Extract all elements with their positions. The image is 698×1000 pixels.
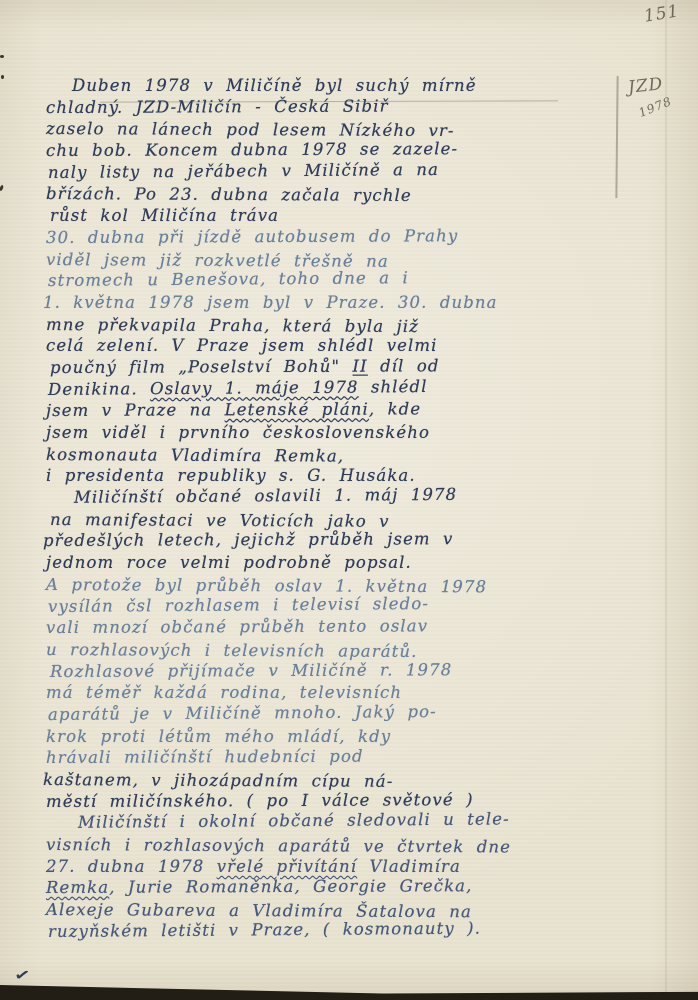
text-segment: kosmonauta Vladimíra Remka, xyxy=(46,445,344,466)
text-segment: kaštanem, v jihozápadním cípu ná- xyxy=(43,770,394,791)
text-segment: na manifestaci ve Voticích jako v xyxy=(50,510,390,531)
manuscript-line: stromech u Benešova, toho dne a i xyxy=(48,267,638,293)
photo-edge-shadow xyxy=(0,983,698,1000)
ink-speck xyxy=(1,75,4,79)
manuscript-line: celá zelení. V Praze jsem shlédl velmi xyxy=(46,336,636,358)
text-segment: Vladimíra xyxy=(357,857,461,876)
manuscript-line: břízách. Po 23. dubna začala rychle xyxy=(46,184,636,209)
text-segment: shlédl xyxy=(359,377,428,397)
text-segment: vali mnozí občané průběh tento oslav xyxy=(46,617,428,638)
text-segment: hrávali miličínští hudebníci pod xyxy=(46,747,364,767)
text-segment: celá zelení. V Praze jsem shlédl velmi xyxy=(46,336,438,355)
paper-crease xyxy=(665,0,667,1000)
text-segment: Rozhlasové přijímače v Miličíně r. 1978 xyxy=(50,660,452,681)
text-segment: aparátů je v Miličíně mnoho. Jaký po- xyxy=(48,702,437,724)
text-segment: poučný film „Poselství Bohů" xyxy=(50,357,353,377)
text-segment: Duben 1978 v Miličíně byl suchý mírně xyxy=(72,76,477,95)
manuscript-line: 30. dubna při jízdě autobusem do Prahy xyxy=(46,225,636,249)
text-segment: stromech u Benešova, toho dne a i xyxy=(48,268,409,290)
manuscript-line: kosmonauta Vladimíra Remka, xyxy=(46,445,636,470)
text-segment: 27. dubna 1978 xyxy=(46,857,217,876)
manuscript-line: vysílán čsl rozhlasem i televisí sledo- xyxy=(48,592,638,618)
page-number: 151 xyxy=(643,1,681,26)
underlined-phrase: Oslavy 1. máje 1978 xyxy=(150,377,359,398)
ink-checkmark: ✓ xyxy=(13,965,32,985)
manuscript-line: hrávali miličínští hudebníci pod xyxy=(46,746,636,770)
text-segment: mne překvapila Praha, která byla již xyxy=(46,315,419,336)
text-segment: 30. dubna při jízdě autobusem do Prahy xyxy=(46,226,458,247)
manuscript-line: aparátů je v Miličíně mnoho. Jaký po- xyxy=(48,700,638,726)
manuscript-line: jednom roce velmi podrobně popsal. xyxy=(46,553,636,575)
text-segment: chladný. JZD-Miličín - Česká Sibiř xyxy=(46,96,389,116)
manuscript-line: jsem v Praze na Letenské pláni, kde xyxy=(46,399,636,423)
manuscript-line: vali mnozí občané průběh tento oslav xyxy=(46,616,636,640)
underlined-phrase: vřelé přivítání xyxy=(217,857,357,876)
text-segment: zaselo na lánech pod lesem Nízkého vr- xyxy=(46,119,455,140)
manuscript-line: růst kol Miličína tráva xyxy=(50,206,636,228)
text-segment: 1. května 1978 jsem byl v Praze. 30. dub… xyxy=(43,293,498,312)
text-segment: jsem viděl i prvního československého xyxy=(46,423,430,442)
manuscript-line: Rozhlasové přijímače v Miličíně r. 1978 xyxy=(50,659,636,683)
text-segment: ruzyňském letišti v Praze, ( kosmonauty … xyxy=(48,918,481,940)
underlined-phrase: Letenské pláni xyxy=(225,400,369,420)
manuscript-page: 151 JZD 1978 Duben 1978 v Miličíně byl s… xyxy=(0,0,698,1000)
manuscript-line: Miličínští i okolní občané sledovali u t… xyxy=(52,809,638,835)
text-segment: městí miličínského. ( po I válce světové… xyxy=(46,790,474,811)
text-segment: jsem v Praze na xyxy=(46,401,225,421)
text-segment: má téměř každá rodina, televisních xyxy=(46,683,402,702)
text-segment: , kde xyxy=(369,400,421,419)
text-segment: naly listy na jeřábech v Miličíně a na xyxy=(48,160,439,182)
manuscript-line: Denikina. Oslavy 1. máje 1978 shlédl xyxy=(48,375,638,401)
text-segment: chu bob. Koncem dubna 1978 se zazele- xyxy=(46,139,458,160)
text-segment: krok proti létům mého mládí, kdy xyxy=(46,727,391,746)
manuscript-line: naly listy na jeřábech v Miličíně a na xyxy=(48,158,638,184)
text-segment: vysílán čsl rozhlasem i televisí sledo- xyxy=(48,593,429,615)
text-segment: díl od xyxy=(368,356,440,375)
manuscript-line: Miličínští občané oslavili 1. máj 1978 xyxy=(48,483,638,509)
text-segment: i presidenta republiky s. G. Husáka. xyxy=(46,466,416,485)
text-segment: předešlých letech, jejichž průběh jsem v xyxy=(43,530,454,551)
text-segment: růst kol Miličína tráva xyxy=(50,206,279,225)
manuscript-line: 1. května 1978 jsem byl v Praze. 30. dub… xyxy=(43,293,636,315)
text-segment: viděl jsem již rozkvetlé třešně na xyxy=(46,250,389,271)
margin-note-year: 1978 xyxy=(637,94,674,120)
ink-speck xyxy=(0,55,4,58)
manuscript-line: mne překvapila Praha, která byla již xyxy=(46,315,636,340)
text-segment: A protože byl průběh oslav 1. května 197… xyxy=(46,575,487,596)
manuscript-line: jsem viděl i prvního československého xyxy=(46,423,636,445)
text-segment: Miličínští občané oslavili 1. máj 1978 xyxy=(74,485,457,507)
manuscript-line: předešlých letech, jejichž průběh jsem v xyxy=(43,529,636,553)
text-segment: visních i rozhlasových aparátů ve čtvrte… xyxy=(46,835,511,856)
manuscript-line: Remka, Jurie Romaněnka, Georgie Grečka, xyxy=(46,876,636,900)
text-segment: Miličínští i okolní občané sledovali u t… xyxy=(78,810,510,832)
ink-speck xyxy=(0,185,4,192)
text-segment: jednom roce velmi podrobně popsal. xyxy=(46,553,412,572)
text-segment: u rozhlasových i televisních aparátů. xyxy=(46,640,418,661)
text-segment: Denikina. xyxy=(48,379,150,399)
text-segment: břízách. Po 23. dubna začala rychle xyxy=(46,184,412,205)
underlined-phrase: Remka xyxy=(46,878,109,897)
text-segment: , Jurie Romaněnka, Georgie Grečka, xyxy=(109,877,472,898)
manuscript-line: visních i rozhlasových aparátů ve čtvrte… xyxy=(46,835,636,860)
manuscript-line: chladný. JZD-Miličín - Česká Sibiř xyxy=(46,95,636,119)
manuscript-text: Duben 1978 v Miličíně byl suchý mírněchl… xyxy=(46,76,636,944)
underlined-phrase: II xyxy=(352,357,367,376)
manuscript-line: ruzyňském letišti v Praze, ( kosmonauty … xyxy=(48,917,638,943)
manuscript-line: Duben 1978 v Miličíně byl suchý mírně xyxy=(46,76,636,98)
